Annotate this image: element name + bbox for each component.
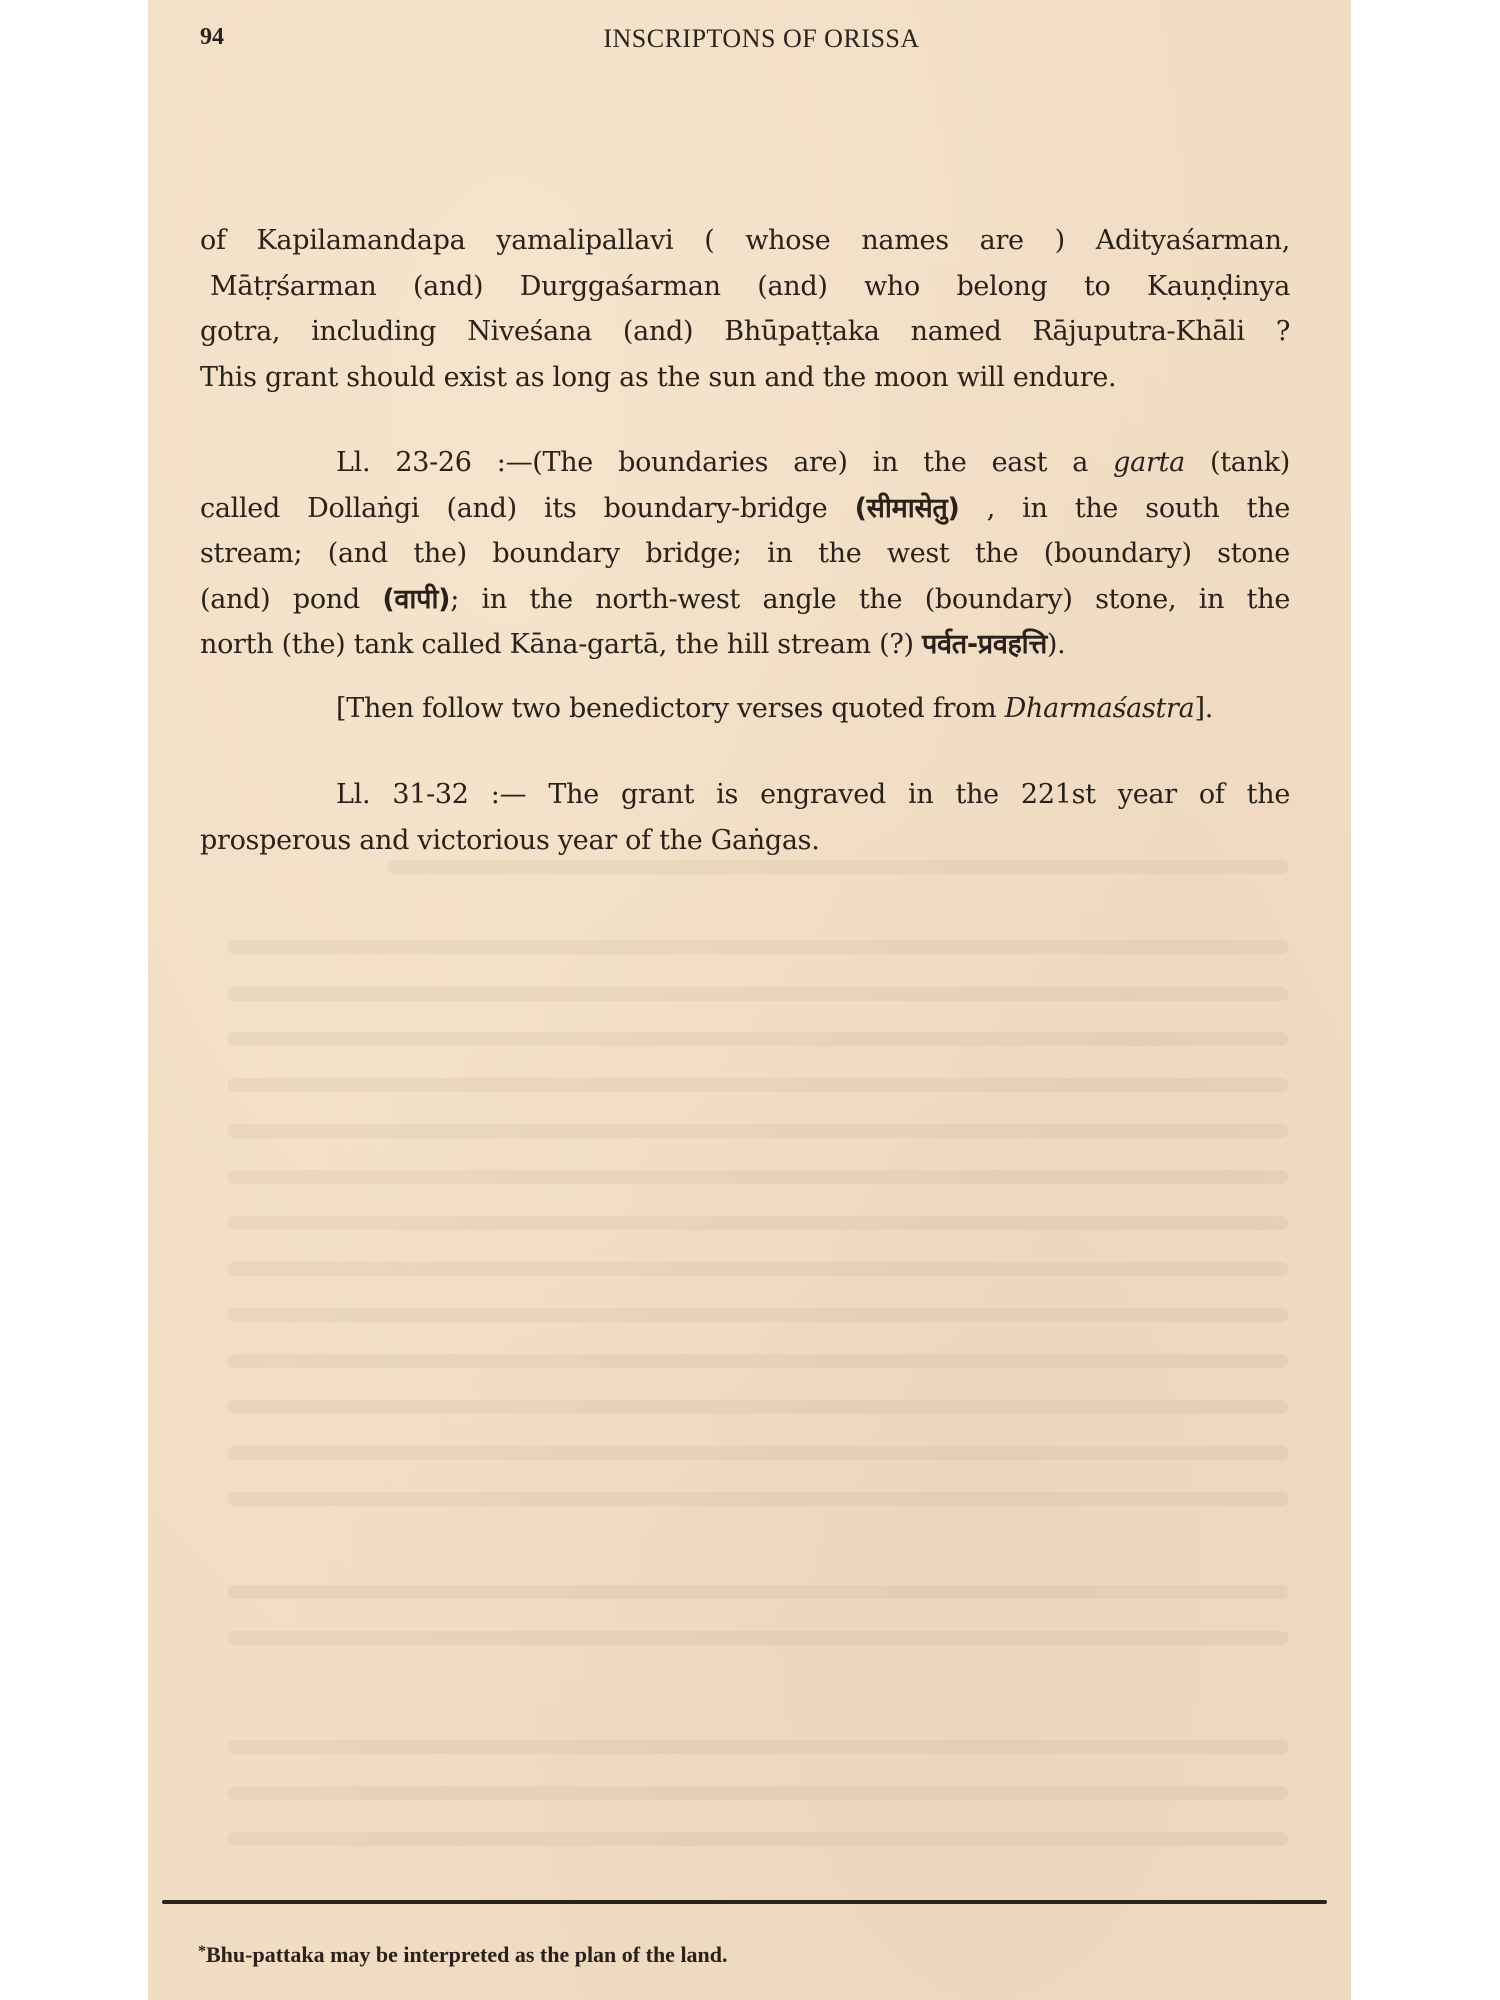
text-line: north (the) tank called Kāna-gartā, the … [200, 622, 1290, 668]
devanagari-term: (वापी) [382, 584, 450, 615]
text-line: Ll. 31-32 :— The grant is engraved in th… [200, 772, 1290, 818]
document-page: 94 INSCRIPTONS OF ORISSA of Kapilamandap… [148, 0, 1351, 2000]
text-line: prosperous and victorious year of the Ga… [200, 818, 1290, 864]
devanagari-term: पर्वत-प्रवहत्ति [922, 629, 1047, 660]
text-line: called Dollaṅgi (and) its boundary-bridg… [200, 486, 1290, 532]
bleed-through-line [228, 987, 1288, 1001]
devanagari-term: (सीमासेतु) [855, 493, 960, 524]
bleed-through-line [228, 1032, 1288, 1046]
text-segment: (and) pond [200, 584, 382, 615]
text-segment: (tank) [1185, 447, 1290, 478]
footnote: *Bhu-pattaka may be interpreted as the p… [198, 1942, 728, 1968]
paragraph-grantees: of Kapilamandapa yamalipallavi ( whose n… [200, 218, 1290, 400]
text-line: Ll. 23-26 :—(The boundaries are) in the … [200, 440, 1290, 486]
footnote-divider [162, 1900, 1327, 1904]
footnote-text: Bhu-pattaka may be interpreted as the pl… [206, 1942, 728, 1967]
text-segment: called Dollaṅgi (and) its boundary-bridg… [200, 493, 855, 524]
text-segment: ; in the north-west angle the (boundary)… [450, 584, 1290, 615]
text-segment: , in the south the [960, 493, 1290, 524]
text-segment: Ll. 23-26 :—(The boundaries are) in the … [336, 447, 1113, 478]
benedictory-note: [Then follow two benedictory verses quot… [336, 686, 1213, 731]
footnote-marker: * [198, 1943, 206, 1960]
paragraph-date: Ll. 31-32 :— The grant is engraved in th… [200, 772, 1290, 863]
text-line: stream; (and the) boundary bridge; in th… [200, 531, 1290, 577]
text-line: (and) pond (वापी); in the north-west ang… [200, 577, 1290, 623]
running-head: INSCRIPTONS OF ORISSA [148, 24, 1351, 54]
text-segment: ). [1047, 629, 1066, 660]
bleed-through-line [228, 1262, 1288, 1276]
bleed-through-line [228, 1308, 1288, 1322]
bleed-through-line [228, 1216, 1288, 1230]
bleed-through-line [228, 1740, 1288, 1754]
bleed-through-line [228, 1585, 1288, 1599]
bleed-through-line [228, 1786, 1288, 1800]
bleed-through-line [228, 1078, 1288, 1092]
text-segment: north (the) tank called Kāna-gartā, the … [200, 629, 922, 660]
bleed-through-line [228, 1124, 1288, 1138]
bleed-through-line [228, 1492, 1288, 1506]
text-line: Mātṛśarman (and) Durggaśarman (and) who … [200, 264, 1290, 310]
bleed-through-line [228, 1446, 1288, 1460]
text-segment: ]. [1194, 693, 1213, 724]
page-header: 94 INSCRIPTONS OF ORISSA [148, 22, 1351, 62]
bleed-through-line [228, 1832, 1288, 1846]
paragraph-boundaries: Ll. 23-26 :—(The boundaries are) in the … [200, 440, 1290, 668]
text-line: This grant should exist as long as the s… [200, 355, 1290, 401]
bleed-through-line [228, 1354, 1288, 1368]
bleed-through-line [228, 1631, 1288, 1645]
text-line: of Kapilamandapa yamalipallavi ( whose n… [200, 218, 1290, 264]
bleed-through-line [228, 940, 1288, 954]
italic-term: Dharmaśastra [1005, 693, 1195, 724]
italic-term: garta [1113, 447, 1185, 478]
text-line: gotra, including Niveśana (and) Bhūpaṭṭa… [200, 309, 1290, 355]
text-segment: stream; (and the) boundary bridge; in th… [200, 538, 1290, 569]
bleed-through-line [228, 1170, 1288, 1184]
text-segment: [Then follow two benedictory verses quot… [336, 693, 1005, 724]
bleed-through-line [228, 1400, 1288, 1414]
